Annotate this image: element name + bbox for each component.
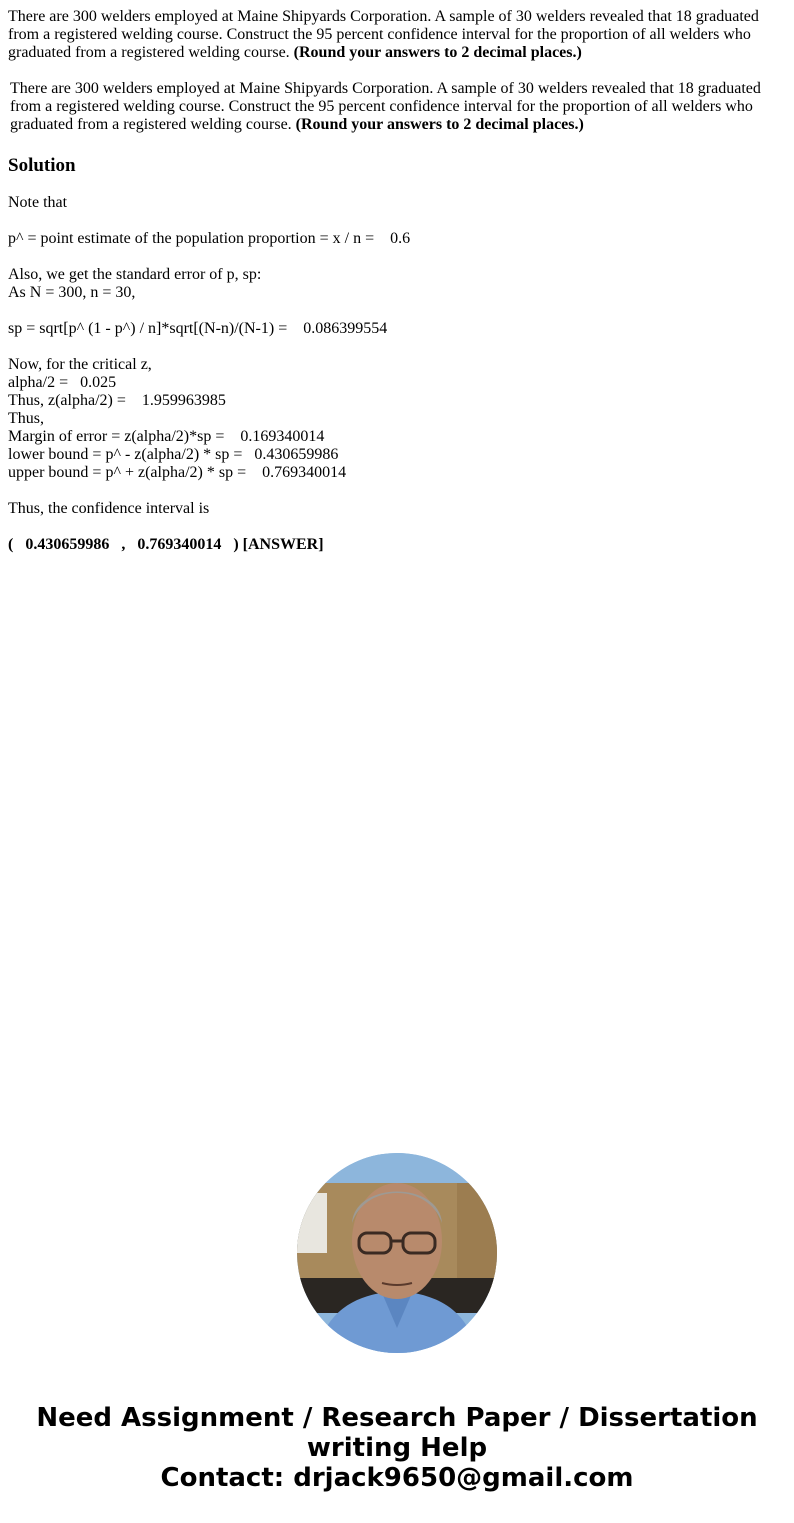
solution-line-thus: Thus,: [8, 410, 44, 428]
promo-banner: Need Assignment / Research Paper / Disse…: [0, 1403, 794, 1493]
solution-line-standard-error-intro: Also, we get the standard error of p, sp…: [8, 266, 261, 284]
question-text-repeat: There are 300 welders employed at Maine …: [10, 80, 780, 134]
solution-line-z-value: Thus, z(alpha/2) = 1.959963985: [8, 392, 226, 410]
solution-line-note: Note that: [8, 194, 67, 212]
solution-line-standard-error: sp = sqrt[p^ (1 - p^) / n]*sqrt[(N-n)/(N…: [8, 320, 387, 338]
solution-heading: Solution: [8, 155, 76, 177]
solution-line-population-sizes: As N = 300, n = 30,: [8, 284, 135, 302]
solution-line-critical-z-intro: Now, for the critical z,: [8, 356, 152, 374]
promo-line-2: writing Help: [0, 1433, 794, 1463]
solution-line-point-estimate: p^ = point estimate of the population pr…: [8, 230, 410, 248]
promo-contact: Contact: drjack9650@gmail.com: [0, 1463, 794, 1493]
solution-line-lower-bound: lower bound = p^ - z(alpha/2) * sp = 0.4…: [8, 446, 338, 464]
solution-line-alpha: alpha/2 = 0.025: [8, 374, 116, 392]
solution-line-conclusion: Thus, the confidence interval is: [8, 500, 209, 518]
solution-answer: ( 0.430659986 , 0.769340014 ) [ANSWER]: [8, 536, 324, 554]
solution-line-upper-bound: upper bound = p^ + z(alpha/2) * sp = 0.7…: [8, 464, 346, 482]
question-rounding-note: (Round your answers to 2 decimal places.…: [294, 44, 582, 61]
question-rounding-note-repeat: (Round your answers to 2 decimal places.…: [296, 116, 584, 133]
solution-line-margin-of-error: Margin of error = z(alpha/2)*sp = 0.1693…: [8, 428, 324, 446]
question-text: There are 300 welders employed at Maine …: [8, 8, 778, 62]
person-photo-icon: [297, 1153, 497, 1353]
promo-line-1: Need Assignment / Research Paper / Disse…: [0, 1403, 794, 1433]
